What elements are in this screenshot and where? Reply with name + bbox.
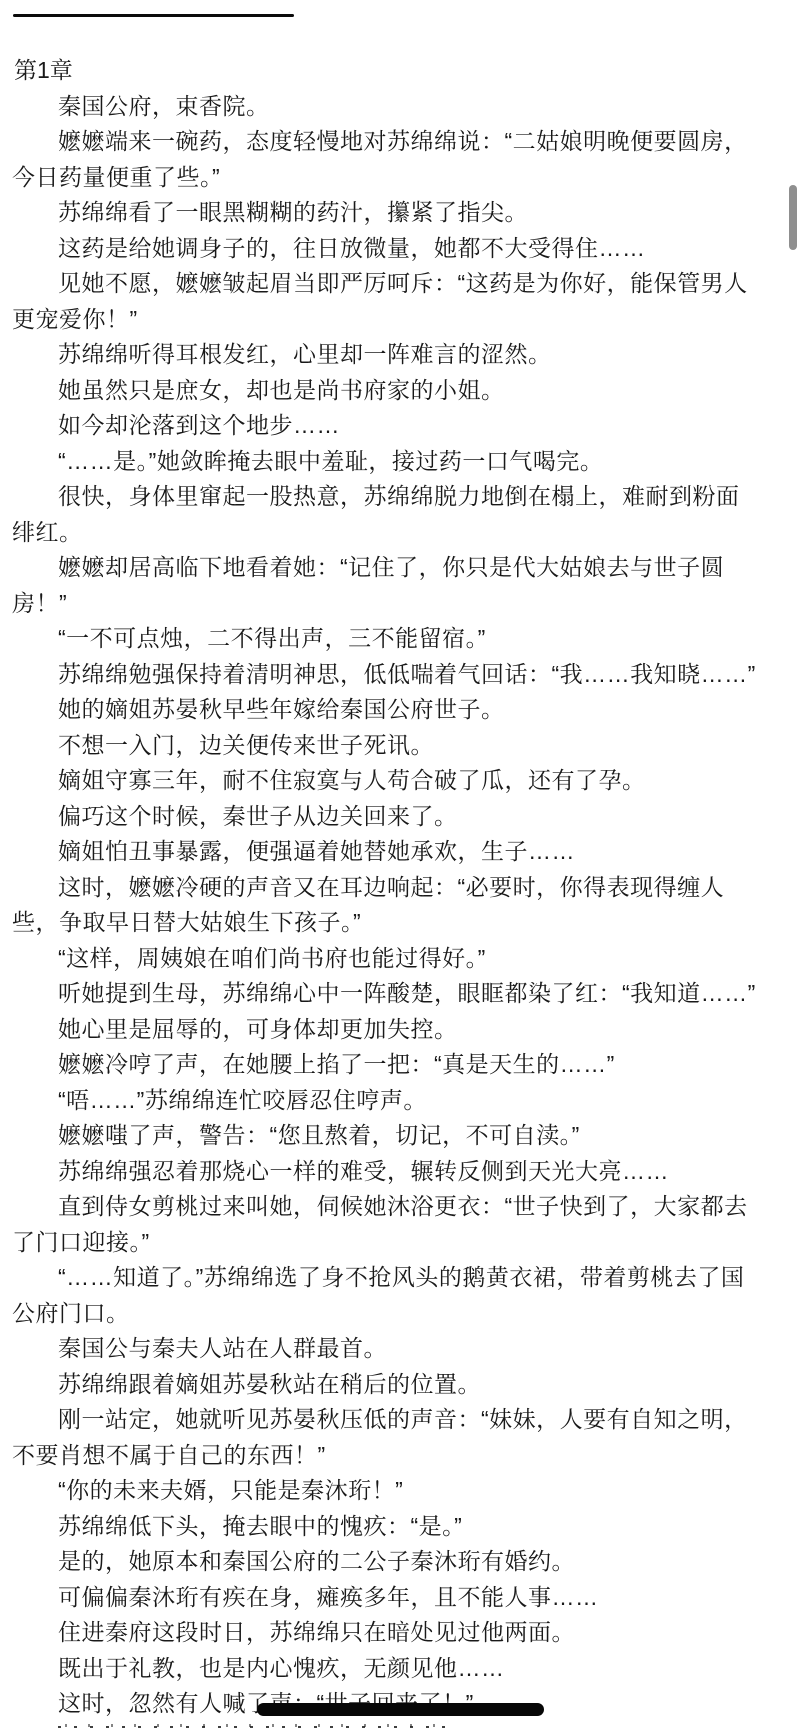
paragraph-line: 如今却沦落到这个地步…… (12, 408, 788, 444)
paragraph-line: 不要肖想不属于自己的东西！” (12, 1438, 788, 1474)
paragraph-line: “……是。”她敛眸掩去眼中羞耻，接过药一口气喝完。 (12, 444, 788, 480)
next-line-partial (58, 1724, 450, 1729)
paragraph-line: 她虽然只是庶女，却也是尚书府家的小姐。 (12, 373, 788, 409)
paragraph-line: 可偏偏秦沐珩有疾在身，瘫痪多年，且不能人事…… (12, 1580, 788, 1616)
paragraph-list: 秦国公府，束香院。嬷嬷端来一碗药，态度轻慢地对苏绵绵说：“二姑娘明晚便要圆房，今… (12, 89, 788, 1722)
paragraph-line: 很快，身体里窜起一股热意，苏绵绵脱力地倒在榻上，难耐到粉面 (12, 479, 788, 515)
paragraph-line: 她的嫡姐苏晏秋早些年嫁给秦国公府世子。 (12, 692, 788, 728)
redaction-bar (257, 1703, 544, 1716)
paragraph-line: 苏绵绵低下头，掩去眼中的愧疚：“是。” (12, 1509, 788, 1545)
paragraph-line: “你的未来夫婿，只能是秦沐珩！” (12, 1473, 788, 1509)
paragraph-line: 住进秦府这段时日，苏绵绵只在暗处见过他两面。 (12, 1615, 788, 1651)
paragraph-line: 苏绵绵听得耳根发红，心里却一阵难言的涩然。 (12, 337, 788, 373)
paragraph-line: 苏绵绵跟着嫡姐苏晏秋站在稍后的位置。 (12, 1367, 788, 1403)
paragraph-line: 今日药量便重了些。” (12, 160, 788, 196)
paragraph-line: 苏绵绵勉强保持着清明神思，低低喘着气回话：“我……我知晓……” (12, 657, 788, 693)
paragraph-line: 嬷嬷冷哼了声，在她腰上掐了一把：“真是天生的……” (12, 1047, 788, 1083)
paragraph-line: 刚一站定，她就听见苏晏秋压低的声音：“妹妹，人要有自知之明， (12, 1402, 788, 1438)
paragraph-line: 这时，嬷嬷冷硬的声音又在耳边响起：“必要时，你得表现得缠人 (12, 870, 788, 906)
paragraph-line: 嫡姐怕丑事暴露，便强逼着她替她承欢，生子…… (12, 834, 788, 870)
scrollbar-thumb[interactable] (789, 185, 797, 250)
paragraph-line: 听她提到生母，苏绵绵心中一阵酸楚，眼眶都染了红：“我知道……” (12, 976, 788, 1012)
paragraph-line: “唔……”苏绵绵连忙咬唇忍住哼声。 (12, 1083, 788, 1119)
top-divider (13, 14, 294, 17)
paragraph-line: 秦国公府，束香院。 (12, 89, 788, 125)
paragraph-line: 她心里是屈辱的，可身体却更加失控。 (12, 1012, 788, 1048)
paragraph-line: 既出于礼教，也是内心愧疚，无颜见他…… (12, 1651, 788, 1687)
chapter-title: 第1章 (12, 53, 788, 89)
paragraph-line: 这药是给她调身子的，往日放微量，她都不大受得住…… (12, 231, 788, 267)
paragraph-line: “一不可点烛，二不得出声，三不能留宿。” (12, 621, 788, 657)
paragraph-line: 绯红。 (12, 515, 788, 551)
paragraph-line: 嬷嬷端来一碗药，态度轻慢地对苏绵绵说：“二姑娘明晚便要圆房， (12, 124, 788, 160)
paragraph-line: “这样，周姨娘在咱们尚书府也能过得好。” (12, 941, 788, 977)
paragraph-line: 秦国公与秦夫人站在人群最首。 (12, 1331, 788, 1367)
paragraph-line: 苏绵绵看了一眼黑糊糊的药汁，攥紧了指尖。 (12, 195, 788, 231)
paragraph-line: 嬷嬷却居高临下地看着她：“记住了，你只是代大姑娘去与世子圆 (12, 550, 788, 586)
paragraph-line: 见她不愿，嬷嬷皱起眉当即严厉呵斥：“这药是为你好，能保管男人 (12, 266, 788, 302)
paragraph-line: 公府门口。 (12, 1296, 788, 1332)
paragraph-line: 嬷嬷嗤了声，警告：“您且熬着，切记，不可自渎。” (12, 1118, 788, 1154)
paragraph-line: 了门口迎接。” (12, 1225, 788, 1261)
paragraph-line: 些，争取早日替大姑娘生下孩子。” (12, 905, 788, 941)
chapter-content: 第1章 秦国公府，束香院。嬷嬷端来一碗药，态度轻慢地对苏绵绵说：“二姑娘明晚便要… (12, 53, 788, 1722)
paragraph-line: 直到侍女剪桃过来叫她，伺候她沐浴更衣：“世子快到了，大家都去 (12, 1189, 788, 1225)
paragraph-line: 苏绵绵强忍着那烧心一样的难受，辗转反侧到天光大亮…… (12, 1154, 788, 1190)
paragraph-line: 嫡姐守寡三年，耐不住寂寞与人苟合破了瓜，还有了孕。 (12, 763, 788, 799)
paragraph-line: “……知道了。”苏绵绵选了身不抢风头的鹅黄衣裙，带着剪桃去了国 (12, 1260, 788, 1296)
reader-page: { "colors": { "background": "#ffffff", "… (0, 0, 800, 1731)
paragraph-line: 不想一入门，边关便传来世子死讯。 (12, 728, 788, 764)
paragraph-line: 偏巧这个时候，秦世子从边关回来了。 (12, 799, 788, 835)
paragraph-line: 房！” (12, 586, 788, 622)
paragraph-line: 更宠爱你！” (12, 302, 788, 338)
paragraph-line: 是的，她原本和秦国公府的二公子秦沐珩有婚约。 (12, 1544, 788, 1580)
